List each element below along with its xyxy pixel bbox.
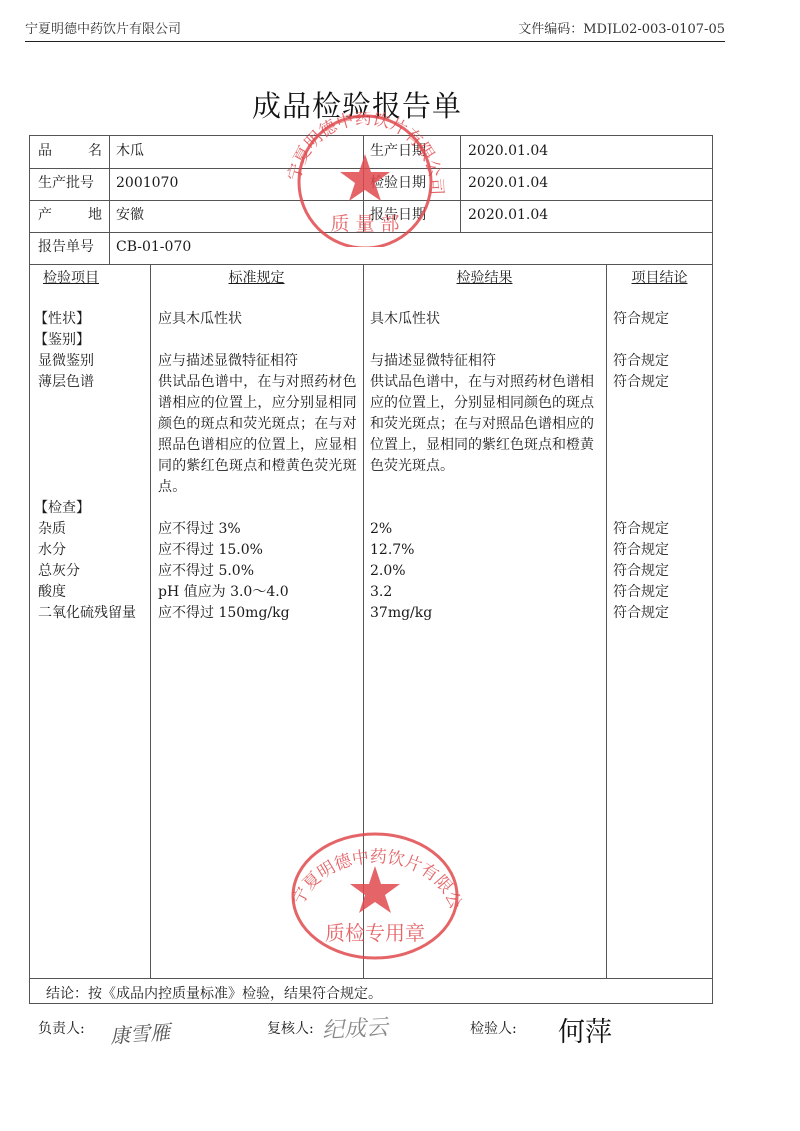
reviewer-label: 复核人: [267,1018,314,1038]
report-no-value: CB-01-070 [116,237,191,258]
header-rule [25,41,725,42]
row-conclusion: 符合规定 [613,603,669,624]
row-item: 水分 [38,540,66,561]
label-char: 品 [38,141,52,162]
row-result: 37mg/kg [370,603,432,624]
responsible-signature: 康雪雁 [109,1016,171,1049]
row-item: 【性状】 [34,309,90,330]
row-result: 12.7% [370,540,414,561]
stamp-center-text: 质 量 部 [330,213,399,235]
row-conclusion: 符合规定 [613,561,669,582]
divider [109,135,110,264]
origin-value: 安徽 [116,205,144,226]
document-code: 文件编码：MDJL02-003-0107-05 [518,22,725,34]
column-header-item: 检验项目 [29,267,113,287]
row-conclusion: 符合规定 [613,519,669,540]
company-header: 宁夏明德中药饮片有限公司 [25,22,181,34]
row-result: 供试品色谱中，在与对照药材色谱相应的位置上，分别显相同颜色的斑点和荧光斑点；在与… [370,372,606,477]
column-header-result: 检验结果 [363,267,606,287]
stamp-center-text: 质检专用章 [325,921,425,945]
divider [606,264,607,978]
report-no-label: 报告单号 [38,237,94,258]
divider [150,264,151,978]
prod-date-value: 2020.01.04 [468,141,548,162]
row-conclusion: 符合规定 [613,540,669,561]
row-standard: 应不得过 150mg/kg [158,603,290,624]
label-char: 名 [88,141,102,162]
row-standard: 应不得过 3% [158,519,241,540]
row-result: 2% [370,519,392,540]
row-conclusion: 符合规定 [613,582,669,603]
test-date-value: 2020.01.04 [468,173,548,194]
product-name-value: 木瓜 [116,141,144,162]
row-item: 总灰分 [38,561,80,582]
divider [29,978,713,979]
label-char: 产 [38,205,52,226]
batch-value: 2001070 [116,173,178,194]
star-icon [340,154,390,201]
row-item: 二氧化硫残留量 [38,603,136,624]
row-standard: 应不得过 5.0% [158,561,254,582]
row-item: 酸度 [38,582,66,603]
row-item: 薄层色谱 [38,372,94,393]
row-item: 【检查】 [34,498,90,519]
product-name-label: 品 名 [38,141,102,162]
row-result: 2.0% [370,561,406,582]
row-standard: 供试品色谱中，在与对照药材色谱相应的位置上，应分别显相同颜色的斑点和荧光斑点；在… [158,372,358,498]
quality-department-stamp: 宁夏明德中药饮片有限公司 质 量 部 [285,112,445,247]
row-conclusion: 符合规定 [613,351,669,372]
row-standard: 应与描述显微特征相符 [158,351,298,372]
report-date-value: 2020.01.04 [468,205,548,226]
responsible-label: 负责人: [38,1018,85,1038]
row-standard: 应不得过 15.0% [158,540,263,561]
row-item: 【鉴别】 [34,330,90,351]
quality-inspection-stamp: 宁夏明德中药饮片有限公司 质检专用章 [285,822,465,962]
conclusion-text: 结论：按《成品内控质量标准》检验，结果符合规定。 [46,983,382,1003]
row-conclusion: 符合规定 [613,372,669,393]
label-char: 地 [88,205,102,226]
inspector-signature: 何萍 [558,1010,612,1049]
row-standard: 应具木瓜性状 [158,309,242,330]
row-result: 3.2 [370,582,392,603]
star-icon [350,866,400,913]
row-item: 杂质 [38,519,66,540]
row-item: 显微鉴别 [38,351,94,372]
column-header-conclusion: 项目结论 [606,267,713,287]
divider [460,135,461,232]
row-standard: pH 值应为 3.0～4.0 [158,582,289,603]
origin-label: 产 地 [38,205,102,226]
inspector-label: 检验人: [470,1018,517,1038]
divider [29,264,713,265]
row-conclusion: 符合规定 [613,309,669,330]
row-result: 与描述显微特征相符 [370,351,496,372]
row-result: 具木瓜性状 [370,309,440,330]
column-header-standard: 标准规定 [150,267,363,287]
batch-label: 生产批号 [38,173,94,194]
reviewer-signature: 纪成云 [321,1010,389,1044]
